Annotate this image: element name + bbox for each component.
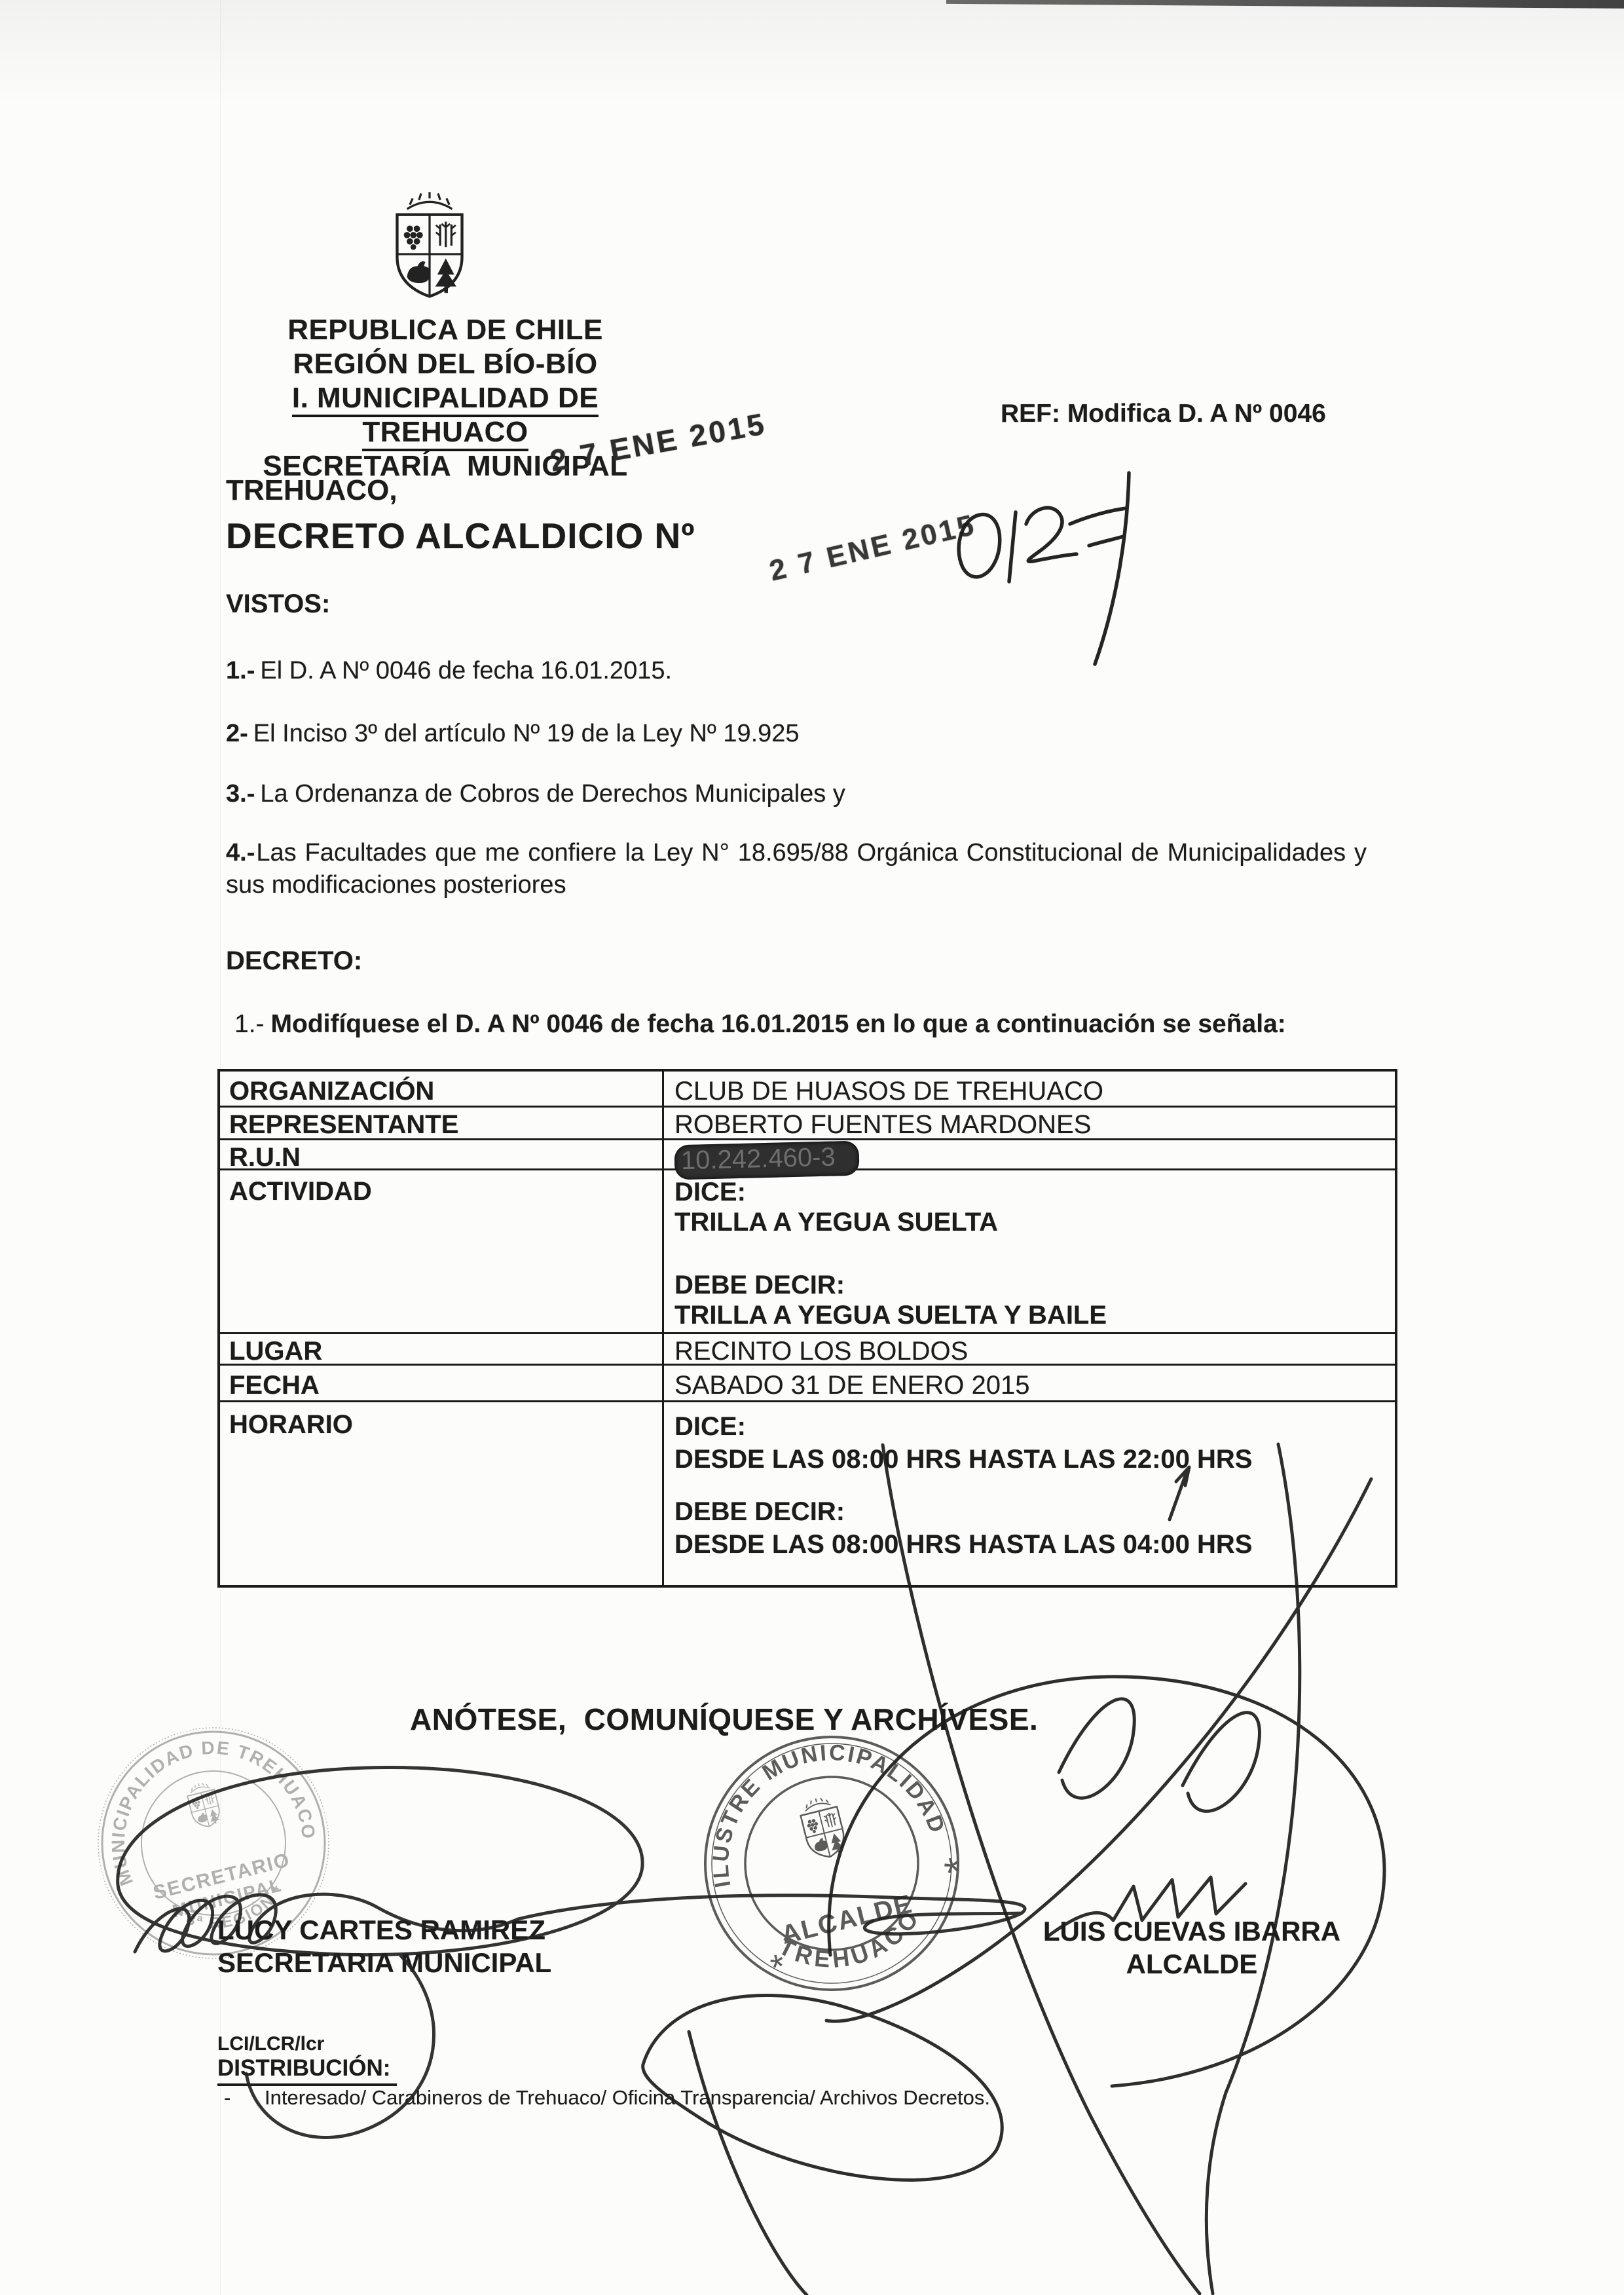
mayor-stamp-bottom-text: TREHUACO: [770, 1899, 934, 1988]
row-label: HORARIO: [220, 1402, 664, 1585]
debe-decir-value: DESDE LAS 08:00 HRS HASTA LAS 04:00 HRS: [674, 1528, 1390, 1561]
row-label: LUGAR: [220, 1334, 664, 1364]
signatory-name: LUCY CARTES RAMIREZ: [217, 1914, 551, 1947]
mayor-stamp-top-text: ILUSTRE MUNICIPALIDAD: [682, 1714, 951, 1892]
mayor-stamp-star-left: *: [767, 1947, 790, 1988]
item-number: 4.-: [226, 839, 255, 867]
distribution-dash: -: [224, 2086, 231, 2110]
row-value: DICE: TRILLA A YEGUA SUELTA DEBE DECIR: …: [664, 1170, 1395, 1332]
item-number: 3.-: [226, 780, 255, 808]
signatory-right: LUIS CUEVAS IBARRA ALCALDE: [1022, 1915, 1362, 1981]
table-row-representante: REPRESENTANTE ROBERTO FUENTES MARDONES: [220, 1106, 1395, 1138]
modification-table: ORGANIZACIÓN CLUB DE HUASOS DE TREHUACO …: [217, 1069, 1397, 1588]
closing-line: ANÓTESE, COMUNÍQUESE Y ARCHÍVESE.: [410, 1702, 1038, 1737]
table-row-horario: HORARIO DICE: DESDE LAS 08:00 HRS HASTA …: [220, 1400, 1395, 1585]
row-value: RECINTO LOS BOLDOS: [664, 1334, 1395, 1364]
distribution-item: Interesado/ Carabineros de Trehuaco/ Ofi…: [265, 2086, 1116, 2110]
dice-label: DICE:: [674, 1177, 1390, 1207]
item-text: La Ordenanza de Cobros de Derechos Munic…: [260, 780, 845, 808]
date-stamp-2: 2 7 ENE 2015: [767, 508, 980, 588]
item-number: 2-: [226, 720, 248, 747]
letterhead-country: REPUBLICA DE CHILE: [210, 313, 681, 347]
vistos-item-3: 3.-La Ordenanza de Cobros de Derechos Mu…: [226, 778, 1367, 810]
debe-decir-value: TRILLA A YEGUA SUELTA Y BAILE: [674, 1300, 1390, 1330]
table-row-organizacion: ORGANIZACIÓN CLUB DE HUASOS DE TREHUACO: [220, 1072, 1395, 1106]
row-value: DICE: DESDE LAS 08:00 HRS HASTA LAS 22:0…: [664, 1402, 1395, 1585]
mayor-stamp-icon: ILUSTRE MUNICIPALIDAD TREHUACO ALCALDE *…: [657, 1689, 1006, 2038]
debe-decir-label: DEBE DECIR:: [674, 1270, 1390, 1300]
decree-title: DECRETO ALCALDICIO Nº: [226, 515, 695, 557]
letterhead-region: REGIÓN DEL BÍO-BÍO: [210, 347, 681, 381]
item-text: Las Facultades que me confiere la Ley N°…: [226, 839, 1367, 899]
svg-text:ILUSTRE MUNICIPALIDAD: ILUSTRE MUNICIPALIDAD: [682, 1714, 951, 1892]
blank-line: [674, 1476, 1390, 1495]
row-value: SABADO 31 DE ENERO 2015: [664, 1366, 1395, 1400]
secretary-stamp-title-1: SECRETARIO: [151, 1849, 293, 1904]
item-number: 1.-: [226, 657, 255, 684]
row-label: R.U.N: [220, 1140, 664, 1168]
row-label: REPRESENTANTE: [220, 1108, 664, 1138]
table-row-actividad: ACTIVIDAD DICE: TRILLA A YEGUA SUELTA DE…: [220, 1168, 1395, 1332]
dice-value: TRILLA A YEGUA SUELTA: [674, 1207, 1390, 1237]
mayor-stamp-title: ALCALDE: [779, 1890, 916, 1950]
vistos-item-4: 4.-Las Facultades que me confiere la Ley…: [226, 837, 1367, 901]
vistos-label: VISTOS:: [226, 589, 330, 619]
signatory-title: SECRETARIA MUNICIPAL: [217, 1947, 551, 1979]
item-number: 1.-: [234, 1010, 265, 1038]
vistos-item-2: 2-El Inciso 3º del artículo Nº 19 de la …: [226, 718, 1367, 750]
redacted-run-value: 10.242.460-3: [674, 1141, 859, 1180]
item-text: El Inciso 3º del artículo Nº 19 de la Le…: [253, 720, 800, 747]
modify-intro: 1.-Modifíquese el D. A Nº 0046 de fecha …: [234, 1010, 1387, 1039]
initials-line: LCI/LCR/lcr: [217, 2033, 324, 2055]
scanned-decree-page: REPUBLICA DE CHILE REGIÓN DEL BÍO-BÍO I.…: [0, 0, 1624, 2295]
mayor-stamp-star-right: *: [940, 1847, 967, 1897]
coat-of-arms-icon: [393, 192, 466, 298]
place-line: TREHUACO,: [226, 474, 397, 507]
row-value: ROBERTO FUENTES MARDONES: [664, 1108, 1395, 1138]
row-value: CLUB DE HUASOS DE TREHUACO: [664, 1072, 1395, 1106]
row-label: ORGANIZACIÓN: [220, 1072, 664, 1106]
scan-edge-artifact: [946, 0, 1624, 9]
distribution-label: DISTRIBUCIÓN:: [217, 2055, 397, 2086]
signatory-name: LUIS CUEVAS IBARRA: [1022, 1915, 1362, 1948]
row-label: ACTIVIDAD: [220, 1170, 664, 1332]
blank-line: [674, 1237, 1390, 1270]
dice-value: DESDE LAS 08:00 HRS HASTA LAS 22:00 HRS: [674, 1443, 1390, 1476]
item-text: El D. A Nº 0046 de fecha 16.01.2015.: [260, 657, 672, 684]
svg-text:TREHUACO: TREHUACO: [770, 1899, 934, 1988]
table-row-lugar: LUGAR RECINTO LOS BOLDOS: [220, 1332, 1395, 1364]
secretary-stamp-ring-text: MUNICIPALIDAD DE TREHUACO: [85, 1715, 321, 1889]
dice-label: DICE:: [674, 1410, 1390, 1443]
row-value: 10.242.460-3: [664, 1140, 1395, 1168]
ref-line: REF: Modifica D. A Nº 0046: [1001, 400, 1326, 428]
signatory-title: ALCALDE: [1022, 1948, 1362, 1981]
svg-text:MUNICIPALIDAD DE TREHUACO: MUNICIPALIDAD DE TREHUACO: [85, 1715, 321, 1889]
table-row-run: R.U.N 10.242.460-3: [220, 1138, 1395, 1168]
decreto-label: DECRETO:: [226, 946, 362, 976]
debe-decir-label: DEBE DECIR:: [674, 1495, 1390, 1528]
item-text: Modifíquese el D. A Nº 0046 de fecha 16.…: [271, 1010, 1286, 1038]
table-row-fecha: FECHA SABADO 31 DE ENERO 2015: [220, 1364, 1395, 1400]
vistos-item-1: 1.-El D. A Nº 0046 de fecha 16.01.2015.: [226, 655, 1367, 687]
handwritten-decree-number: [959, 473, 1129, 664]
row-label: FECHA: [220, 1366, 664, 1400]
signatory-left: LUCY CARTES RAMIREZ SECRETARIA MUNICIPAL: [217, 1914, 551, 1979]
